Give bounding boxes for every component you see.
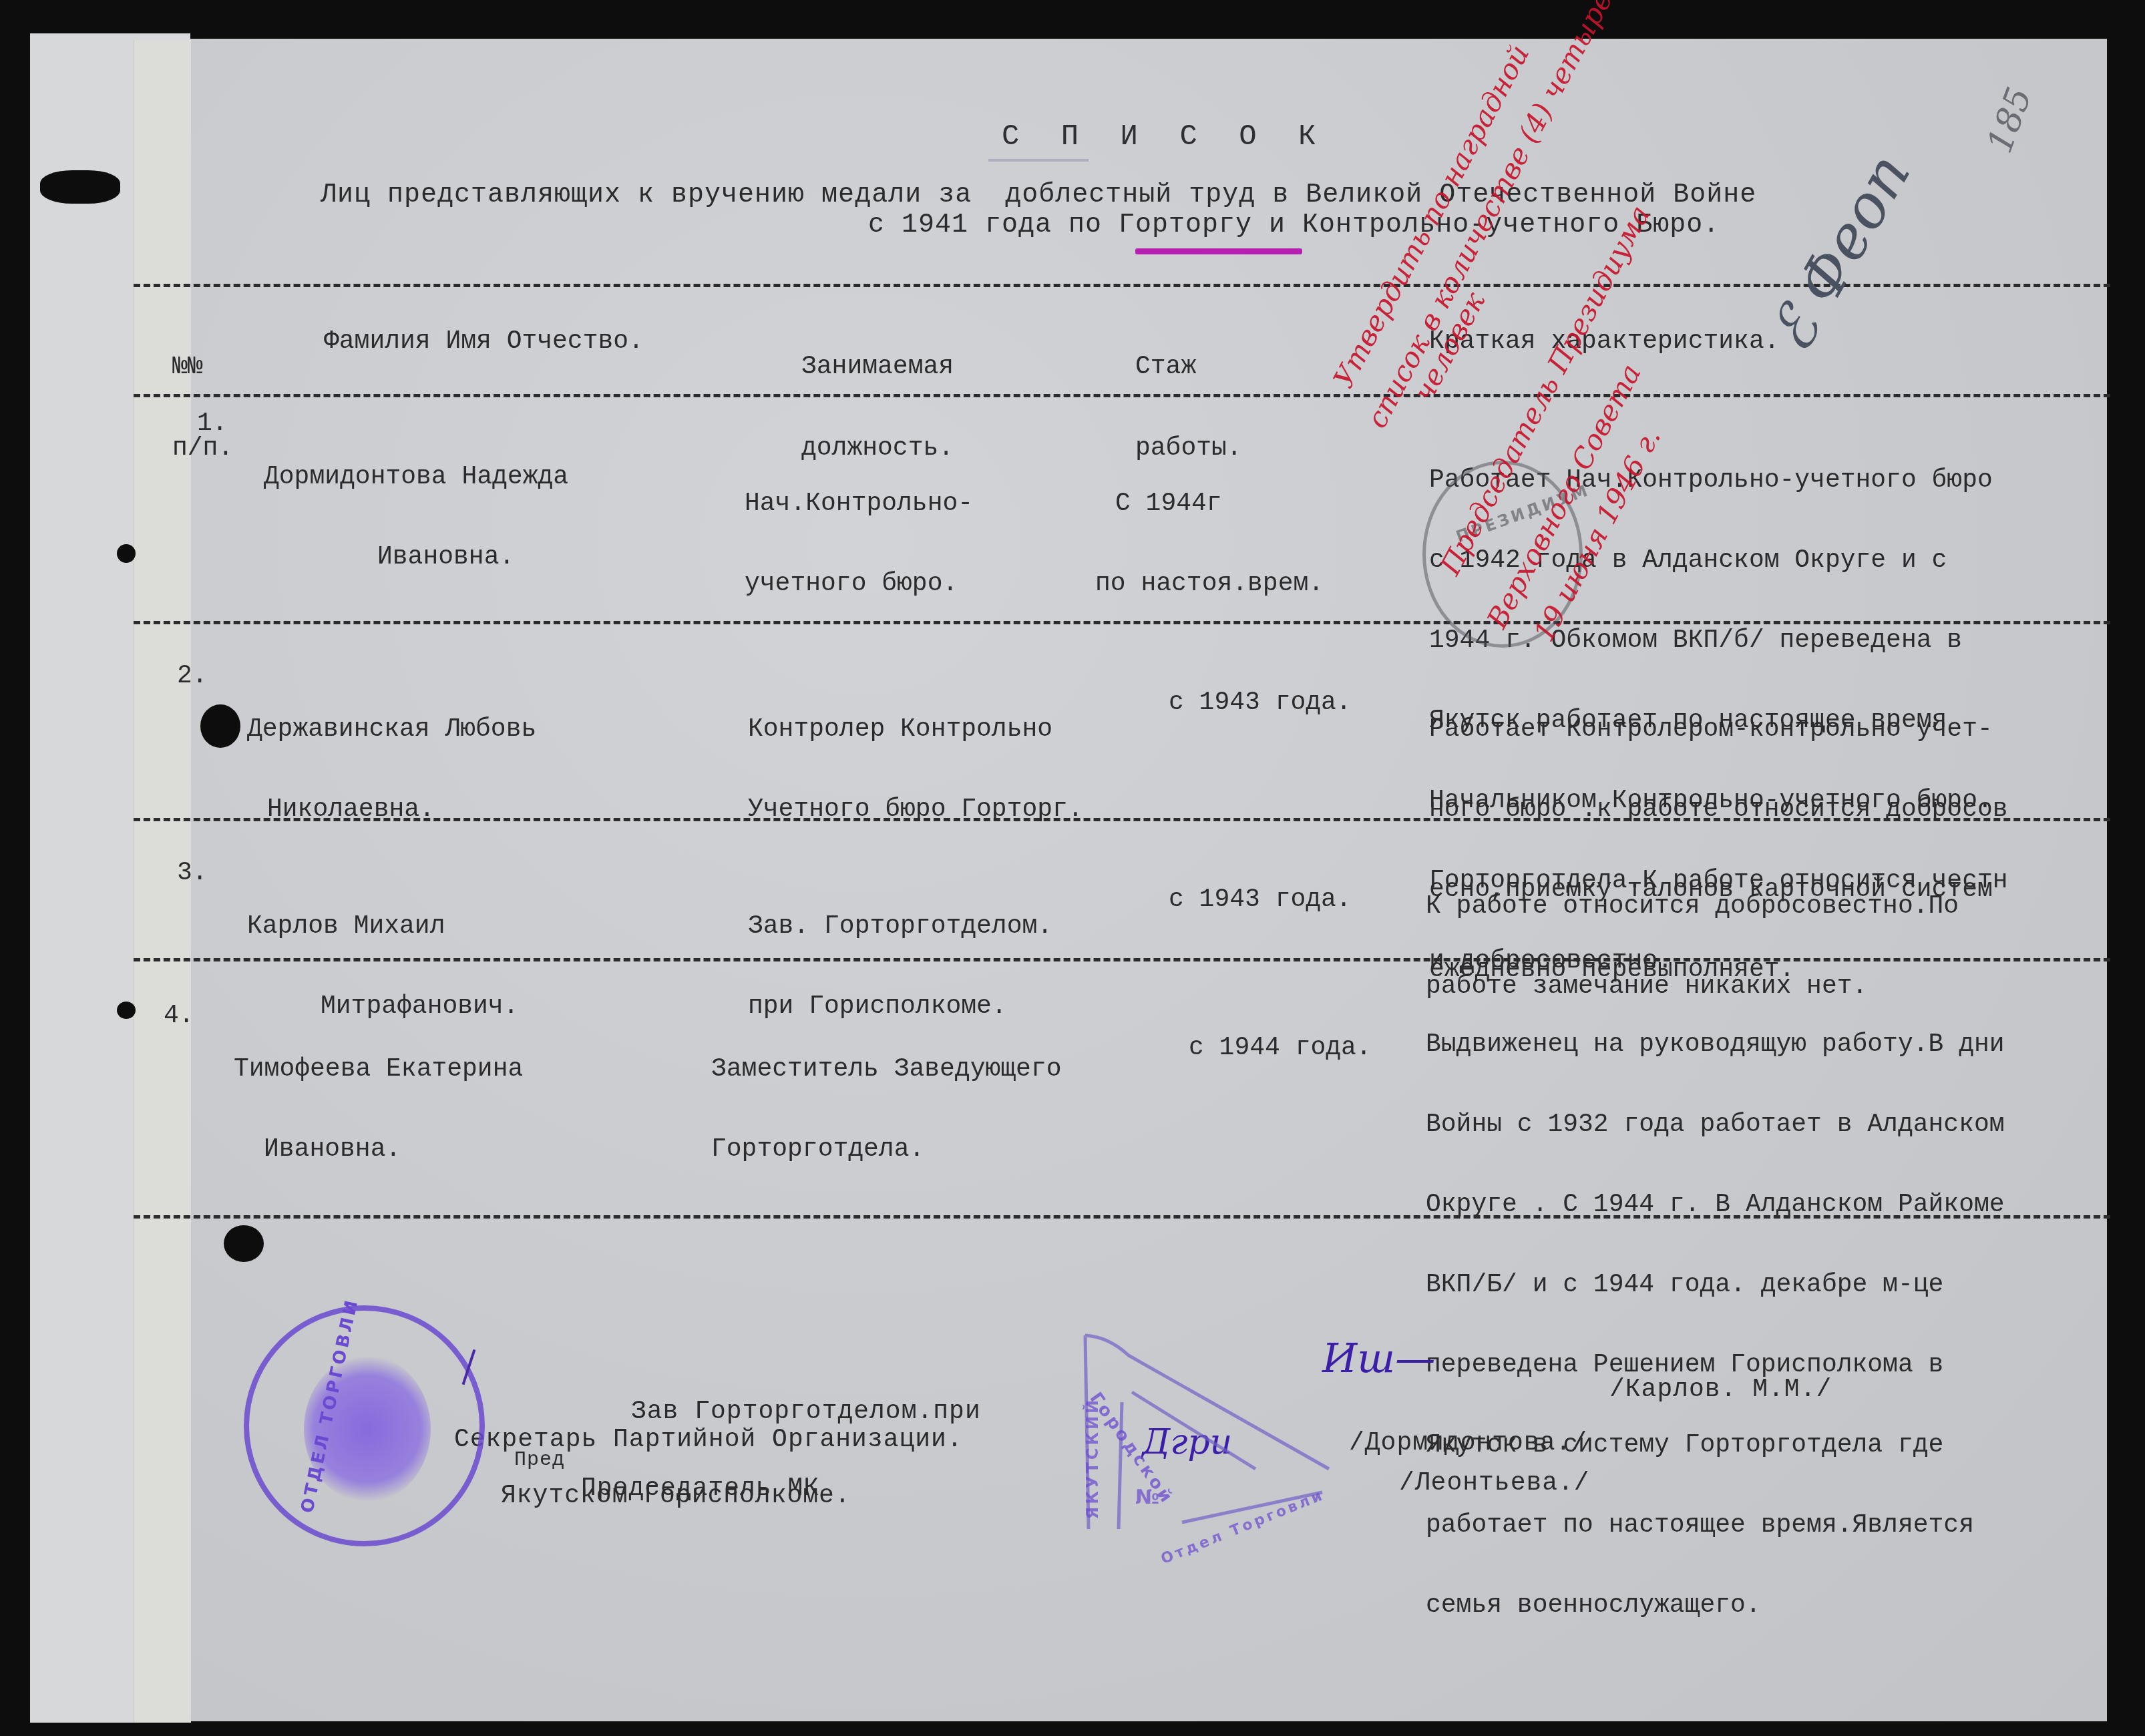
document-title: С П И С О К (1002, 120, 1328, 154)
row-num: 4. (164, 1003, 194, 1030)
triangle-stamp-number: № (1135, 1486, 1162, 1509)
row-num: 2. (177, 663, 208, 690)
header-num: №№ п/п. (172, 300, 233, 515)
signatory-name-3: /Леонтьева./ (1399, 1469, 1590, 1498)
row-tenure: с 1943 года. (1169, 690, 1352, 716)
punch-hole (200, 704, 240, 748)
signatory-role-3: Председатель МК (581, 1474, 819, 1503)
document-subtitle-line2: с 1941 года по Горторгу и Контрольно-уче… (868, 210, 1720, 240)
punch-hole (224, 1225, 264, 1262)
signatory-name-1: /Карлов. М.М./ (1609, 1375, 1832, 1404)
row-position: Нач.Контрольно- учетного бюро. (745, 437, 973, 651)
header-name: Фамилия Имя Отчество. (324, 329, 644, 355)
row-num: 1. (197, 411, 228, 437)
signatory-name-2: /Дормидонтова./ (1349, 1429, 1587, 1458)
row-position: Контролер Контрольно Учетного бюро Горто… (748, 663, 1083, 877)
punch-hole (40, 170, 120, 204)
row-tenure: с 1944 года. (1189, 1035, 1372, 1062)
row-num: 3. (177, 860, 208, 887)
row-name: Дормидонтова Надежда Ивановна. (264, 411, 568, 624)
table-rule (134, 394, 2110, 397)
punch-hole (117, 544, 136, 563)
row-name: Державинская Любовь Николаевна. (247, 663, 536, 877)
row-tenure: С 1944г по настоя.врем. (1095, 437, 1324, 651)
signatory-role-3-prefix: Пред (514, 1449, 565, 1472)
document-subtitle-line1: Лиц представляющих к вручению медали за … (321, 180, 1756, 210)
header-characteristic: Краткая характеристика. (1429, 329, 1780, 355)
row-characteristic: Выдвиженец на руководящую работу.В дни В… (1426, 978, 2005, 1673)
punch-hole (117, 1002, 136, 1019)
highlight-underline (1135, 248, 1302, 254)
row-name: Тимофеева Екатерина Ивановна. (234, 1003, 523, 1217)
row-position: Заместитель Заведующего Горторготдела. (711, 1003, 1062, 1217)
row-tenure: с 1943 года. (1169, 887, 1352, 913)
title-underline (988, 159, 1089, 162)
